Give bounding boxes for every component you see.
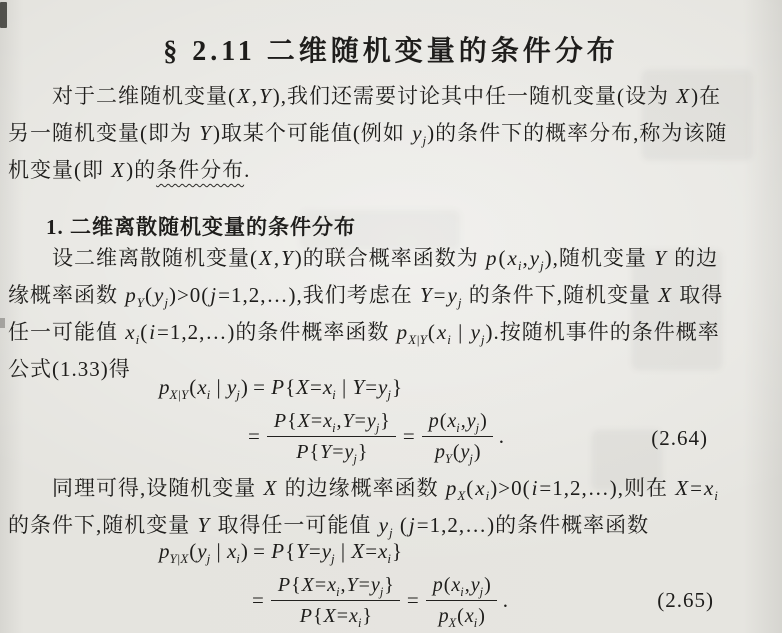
text-run: ,: [337, 410, 342, 432]
math-text: P: [273, 410, 287, 432]
math-text: Y: [258, 84, 273, 108]
numerator: P{X=xi,Y=yj}: [271, 573, 400, 601]
math-text: pY: [124, 283, 145, 307]
text-run: 取得: [673, 283, 723, 307]
math-text: Y: [319, 441, 332, 463]
math-text: X: [675, 84, 691, 108]
math-text: xi: [703, 476, 719, 500]
text-run: =: [359, 574, 370, 596]
text-run: ): [478, 605, 485, 627]
text-run: (: [457, 605, 464, 627]
math-text: xi: [322, 375, 337, 399]
math-text: yj: [447, 283, 463, 307]
math-text: j: [408, 513, 417, 537]
text-run: 的边: [668, 246, 718, 270]
text-run: 另一随机变量(即为: [8, 121, 198, 145]
text-run: (: [145, 283, 153, 307]
denominator: pX(xi): [438, 601, 485, 628]
text-run: =1,2,…),则在: [539, 476, 674, 500]
math-text: Y: [280, 246, 295, 270]
math-text: pX: [438, 605, 458, 627]
scan-edge-mark: [0, 318, 5, 328]
text-line: 缘概率函数 pY(yj)>0(j=1,2,…),我们考虑在 Y=yj 的条件下,…: [8, 277, 774, 314]
fraction: p(xi,yj) pX(xi): [426, 573, 497, 628]
math-text: yj: [344, 441, 358, 463]
math-text: xi: [450, 574, 464, 596]
paragraph-intro: 对于二维随机变量(X,Y),我们还需要讨论其中任一随机变量(设为 X)在 另一随…: [8, 78, 774, 189]
math-text: Y: [197, 513, 212, 537]
math-text: yj: [153, 283, 169, 307]
denominator: P{X=xi}: [299, 601, 372, 628]
text-run: =1,2,…)的条件概率函数: [157, 320, 396, 344]
text-run: 的条件下,随机变量: [462, 283, 657, 307]
math-text: X: [297, 410, 311, 432]
text-run: =: [311, 410, 322, 432]
text-run: )的条件下的概率分布,称为该随: [427, 121, 727, 145]
text-line: 任一可能值 xi(i=1,2,…)的条件概率函数 pX|Y(xi | yj).按…: [8, 314, 774, 351]
equals-sign: =: [252, 588, 264, 613]
equation-2-65: pY|X(yj | xi) = P{Y=yj | X=xi} = P{X=xi,…: [0, 536, 782, 628]
math-text: yj: [466, 410, 480, 432]
equation-line: pY|X(yj | xi) = P{Y=yj | X=xi}: [158, 536, 782, 566]
text-run: }: [392, 539, 402, 563]
text-run: |: [211, 539, 226, 563]
math-text: pX|Y: [396, 320, 428, 344]
math-text: Y: [295, 539, 309, 563]
text-run: |: [211, 375, 226, 399]
text-run: |: [336, 539, 351, 563]
text-run: {: [285, 539, 295, 563]
text-run: (: [453, 441, 460, 463]
math-text: yj: [226, 375, 241, 399]
text-run: 任一可能值: [8, 320, 124, 344]
math-text: X: [263, 476, 279, 500]
math-text: yj: [470, 574, 484, 596]
math-text: yj: [411, 121, 427, 145]
math-text: P: [270, 375, 285, 399]
math-text: pX|Y: [158, 375, 189, 399]
numerator: P{X=xi,Y=yj}: [267, 409, 396, 437]
math-text: X: [674, 476, 690, 500]
paragraph-setup: 设二维离散随机变量(X,Y)的联合概率函数为 p(xi,yj),随机变量 Y 的…: [8, 240, 774, 388]
text-run: |: [337, 375, 352, 399]
math-text: yj: [378, 513, 394, 537]
text-run: }: [358, 441, 368, 463]
math-text: xi: [348, 605, 362, 627]
equals-sign: =: [248, 424, 260, 449]
math-text: Y: [342, 410, 355, 432]
text-run: |: [452, 320, 470, 344]
math-text: P: [277, 574, 291, 596]
math-text: yj: [529, 246, 545, 270]
text-run: )的: [126, 158, 156, 182]
math-text: i: [148, 320, 157, 344]
text-run: =: [332, 441, 343, 463]
math-text: yj: [366, 410, 380, 432]
math-text: P: [299, 605, 313, 627]
text-run: 缘概率函数: [8, 283, 124, 307]
equation-number: (2.64): [651, 426, 708, 451]
math-text: yj: [321, 539, 336, 563]
numerator: p(xi,yj): [426, 573, 497, 601]
math-text: P: [295, 441, 309, 463]
text-run: =: [315, 574, 326, 596]
period: .: [503, 588, 508, 613]
text-line: 对于二维随机变量(X,Y),我们还需要讨论其中任一随机变量(设为 X)在: [8, 78, 774, 115]
text-run: 取得任一可能值: [211, 513, 378, 537]
text-run: }: [384, 574, 394, 596]
math-text: xi: [326, 574, 340, 596]
math-text: xi: [436, 320, 452, 344]
text-run: {: [309, 441, 319, 463]
textbook-page: § 2.11 二维随机变量的条件分布 对于二维随机变量(X,Y),我们还需要讨论…: [0, 0, 782, 633]
math-text: Y: [653, 246, 668, 270]
text-run: ),随机变量: [545, 246, 654, 270]
text-line: 同理可得,设随机变量 X 的边缘概率函数 pX(xi)>0(i=1,2,…),则…: [8, 470, 774, 507]
equals-sign: =: [407, 588, 419, 613]
text-run: 的边缘概率函数: [278, 476, 445, 500]
math-text: Y: [346, 574, 359, 596]
math-text: Y: [419, 283, 434, 307]
text-run: )取某个可能值(例如: [213, 121, 411, 145]
text-run: 机变量(即: [8, 158, 110, 182]
text-run: )>0(: [169, 283, 209, 307]
text-run: )的联合概率函数为: [295, 246, 485, 270]
math-text: xi: [124, 320, 140, 344]
math-text: X: [110, 158, 126, 182]
text-run: }: [380, 410, 390, 432]
text-run: )在: [691, 84, 721, 108]
text-run: }: [392, 375, 402, 399]
text-line: 设二维离散随机变量(X,Y)的联合概率函数为 p(xi,yj),随机变量 Y 的…: [8, 240, 774, 277]
text-run: ): [484, 574, 491, 596]
paragraph-symmetric: 同理可得,设随机变量 X 的边缘概率函数 pX(xi)>0(i=1,2,…),则…: [8, 470, 774, 544]
text-run: =: [355, 410, 366, 432]
math-text: P: [270, 539, 285, 563]
text-run: ) =: [241, 539, 270, 563]
text-run: )>0(: [490, 476, 530, 500]
math-text: pY: [434, 441, 453, 463]
text-run: (: [394, 513, 408, 537]
text-run: ) =: [241, 375, 270, 399]
text-run: =: [310, 375, 322, 399]
text-run: ).按随机事件的条件概率: [486, 320, 720, 344]
text-run: 同理可得,设随机变量: [52, 476, 263, 500]
text-run: =: [365, 539, 377, 563]
text-run: .: [244, 158, 250, 182]
math-text: xi: [322, 410, 336, 432]
math-text: pX: [445, 476, 466, 500]
math-text: yj: [377, 375, 392, 399]
text-line: 机变量(即 X)的条件分布.: [8, 152, 774, 189]
text-run: {: [291, 574, 301, 596]
text-run: {: [313, 605, 323, 627]
math-text: xi: [196, 375, 211, 399]
math-text: xi: [377, 539, 392, 563]
text-run: }: [362, 605, 372, 627]
numerator: p(xi,yj): [422, 409, 493, 437]
text-line: 另一随机变量(即为 Y)取某个可能值(例如 yj)的条件下的概率分布,称为该随: [8, 115, 774, 152]
math-text: pY|X: [158, 539, 189, 563]
text-run: =1,2,…)的条件概率函数: [417, 513, 649, 537]
denominator: P{Y=yj}: [295, 437, 367, 464]
equation-2-64: pX|Y(xi | yj) = P{X=xi | Y=yj} = P{X=xi,…: [0, 372, 782, 464]
fraction: P{X=xi,Y=yj} P{Y=yj}: [267, 409, 396, 464]
math-text: xi: [464, 605, 478, 627]
math-text: X: [236, 84, 252, 108]
text-run: ,: [522, 246, 528, 270]
text-run: (: [428, 320, 436, 344]
text-run: =1,2,…),我们考虑在: [218, 283, 419, 307]
period: .: [499, 424, 504, 449]
math-text: j: [209, 283, 218, 307]
math-text: xi: [507, 246, 523, 270]
text-run: ),我们还需要讨论其中任一随机变量(设为: [273, 84, 676, 108]
math-text: Y: [352, 375, 366, 399]
denominator: pY(yj): [434, 437, 481, 464]
fraction: p(xi,yj) pY(yj): [422, 409, 493, 464]
math-text: yj: [470, 320, 486, 344]
scan-corner-mark: [0, 2, 7, 28]
text-run: =: [337, 605, 348, 627]
math-text: yj: [370, 574, 384, 596]
math-text: yj: [196, 539, 211, 563]
math-text: X: [323, 605, 337, 627]
text-run: 对于二维随机变量(: [52, 84, 236, 108]
math-text: xi: [474, 476, 490, 500]
math-text: Y: [198, 121, 213, 145]
text-run: {: [287, 410, 297, 432]
math-text: X: [657, 283, 673, 307]
text-run: ,: [465, 574, 470, 596]
text-run: {: [285, 375, 295, 399]
text-run: =: [434, 283, 447, 307]
emphasized-term: 条件分布: [156, 158, 244, 182]
text-run: 的条件下,随机变量: [8, 513, 197, 537]
math-text: X: [350, 539, 365, 563]
math-text: X: [258, 246, 274, 270]
text-run: ,: [461, 410, 466, 432]
text-run: (: [140, 320, 148, 344]
math-text: yj: [460, 441, 474, 463]
text-run: ): [474, 441, 481, 463]
subsection-heading: 1. 二维离散随机变量的条件分布: [46, 211, 356, 241]
math-text: p: [485, 246, 499, 270]
section-title: § 2.11 二维随机变量的条件分布: [0, 29, 782, 69]
math-text: X: [301, 574, 315, 596]
fraction: P{X=xi,Y=yj} P{X=xi}: [271, 573, 400, 628]
text-run: ,: [341, 574, 346, 596]
math-text: p: [432, 574, 444, 596]
math-text: p: [428, 410, 440, 432]
math-text: X: [295, 375, 310, 399]
equation-line: pX|Y(xi | yj) = P{X=xi | Y=yj}: [158, 372, 782, 402]
text-run: ): [480, 410, 487, 432]
math-text: xi: [446, 410, 460, 432]
text-run: =: [365, 375, 377, 399]
text-run: =: [690, 476, 703, 500]
equals-sign: =: [403, 424, 415, 449]
math-text: xi: [226, 539, 241, 563]
equation-number: (2.65): [657, 588, 714, 613]
text-run: 设二维离散随机变量(: [52, 246, 258, 270]
text-run: =: [309, 539, 321, 563]
text-run: (: [499, 246, 507, 270]
